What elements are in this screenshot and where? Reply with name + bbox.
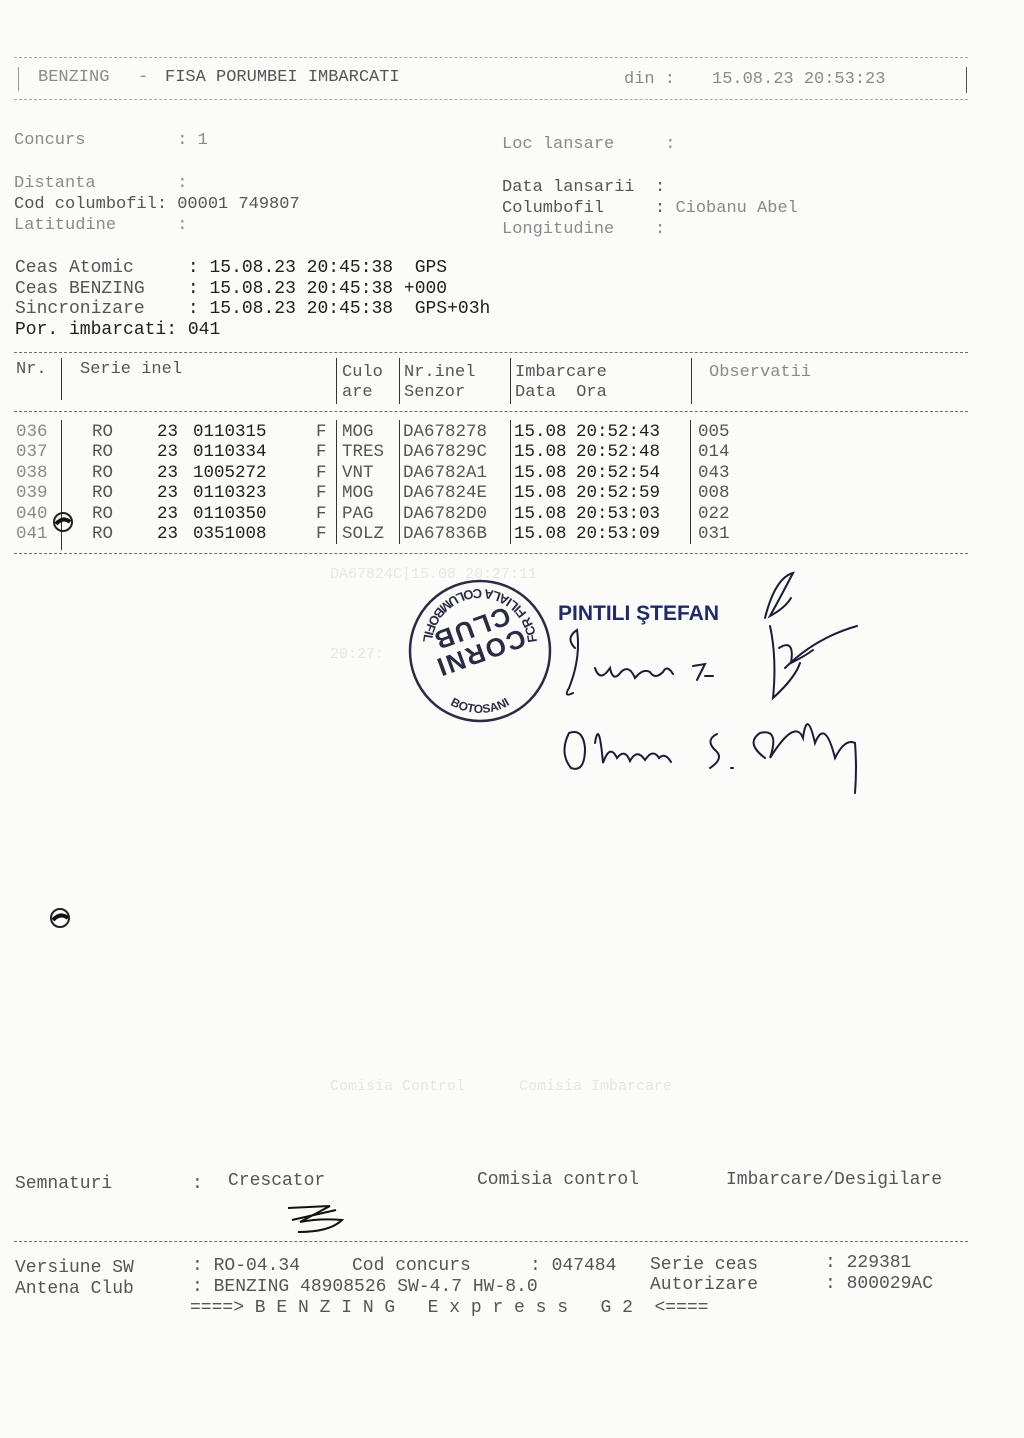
cell-culoare: MOG <box>342 483 374 503</box>
signature-comisia-label: Comisia control <box>477 1170 639 1191</box>
cell-ora: 20:52:43 <box>576 422 660 442</box>
info-cod-columbofil: Cod columbofil: 00001 749807 <box>14 195 300 216</box>
autorizare-value: : 800029AC <box>825 1274 933 1295</box>
cell-inel: 0351008 <box>193 524 267 544</box>
cell-senzor: DA6782A1 <box>403 463 487 483</box>
cell-obs: 005 <box>698 422 730 442</box>
signature-imbarcare-label: Imbarcare/Desigilare <box>726 1170 942 1191</box>
cell-tara: RO <box>92 524 113 544</box>
col-imbarcare: Imbarcare <box>515 363 607 384</box>
cell-obs: 008 <box>698 483 730 503</box>
cell-data: 15.08 <box>514 442 567 462</box>
header-right-bar <box>966 67 967 93</box>
cell-sex: F <box>316 442 327 462</box>
table-top-rule <box>14 352 968 353</box>
col-senzor: Nr.inel <box>404 363 475 384</box>
cell-senzor: DA67824E <box>403 483 487 503</box>
cell-inel: 0110350 <box>193 504 267 524</box>
document-title: FISA PORUMBEI IMBARCATI <box>165 68 400 89</box>
crescator-signature <box>280 1198 360 1238</box>
versiune-sw-value: : RO-04.34 <box>192 1256 300 1277</box>
cell-nr: 041 <box>16 524 48 544</box>
info-loc-lansare: Loc lansare : <box>502 135 686 156</box>
cell-data: 15.08 <box>514 483 567 503</box>
club-stamp: UFCR FILIALA COLUMBOFILA BOTOSANI CORNI … <box>405 576 555 726</box>
cell-sex: F <box>316 463 327 483</box>
benzing-banner: ====> B E N Z I N G E x p r e s s G 2 <=… <box>190 1298 708 1319</box>
cell-data: 15.08 <box>514 524 567 544</box>
cell-data: 15.08 <box>514 422 567 442</box>
header-separator: - <box>138 68 148 89</box>
header-date-label: din : <box>624 70 675 91</box>
signatures-sep: : <box>192 1174 203 1195</box>
col-culoare: Culo <box>342 363 383 384</box>
footer-rule <box>14 1241 968 1242</box>
cell-data: 15.08 <box>514 463 567 483</box>
signature-crescator-label: Crescator <box>228 1171 325 1192</box>
cell-an: 23 <box>157 524 178 544</box>
cell-sex: F <box>316 483 327 503</box>
cell-nr: 040 <box>16 504 48 524</box>
cell-ora: 20:52:54 <box>576 463 660 483</box>
cell-an: 23 <box>157 422 178 442</box>
info-latitudine: Latitudine : <box>14 216 198 237</box>
table-row: 039RO230110323FMOGDA67824E15.0820:52:590… <box>0 483 1024 504</box>
signatures-label: Semnaturi <box>15 1174 112 1195</box>
cell-nr: 038 <box>16 463 48 483</box>
table-row: 036RO230110315FMOGDA67827815.0820:52:430… <box>0 422 1024 443</box>
cell-ora: 20:52:48 <box>576 442 660 462</box>
clock-atomic: Ceas Atomic : 15.08.23 20:45:38 GPS <box>15 258 447 279</box>
serie-ceas-value: : 229381 <box>825 1253 911 1274</box>
info-columbofil: Columbofil : Ciobanu Abel <box>502 199 798 220</box>
cell-sex: F <box>316 504 327 524</box>
cell-an: 23 <box>157 442 178 462</box>
cell-nr: 037 <box>16 442 48 462</box>
antena-club-value: : BENZING 48908526 SW-4.7 HW-8.0 <box>192 1277 538 1298</box>
cell-senzor: DA67829C <box>403 442 487 462</box>
info-data-lansarii: Data lansarii : <box>502 178 675 199</box>
cell-nr: 036 <box>16 422 48 442</box>
staple-mark-icon <box>50 508 78 536</box>
cell-sex: F <box>316 422 327 442</box>
header-left-bar <box>18 67 19 91</box>
cell-culoare: VNT <box>342 463 374 483</box>
table-row: 038RO231005272FVNTDA6782A115.0820:52:540… <box>0 463 1024 484</box>
table-header-rule <box>14 411 968 412</box>
cell-culoare: PAG <box>342 504 374 524</box>
versiune-sw-label: Versiune SW <box>15 1258 134 1279</box>
info-concurs: Concurs : 1 <box>14 131 208 152</box>
col-observatii: Observatii <box>709 363 811 384</box>
header-top-rule <box>14 57 968 58</box>
porumbei-imbarcati: Por. imbarcati: 041 <box>15 320 220 341</box>
cell-culoare: TRES <box>342 442 384 462</box>
cell-senzor: DA6782D0 <box>403 504 487 524</box>
antena-club-label: Antena Club <box>15 1279 134 1300</box>
table-row: 041RO230351008FSOLZDA67836B15.0820:53:09… <box>0 524 1024 545</box>
autorizare-label: Autorizare <box>650 1275 758 1296</box>
cell-obs: 031 <box>698 524 730 544</box>
cell-ora: 20:52:59 <box>576 483 660 503</box>
cell-ora: 20:53:09 <box>576 524 660 544</box>
cell-inel: 0110334 <box>193 442 267 462</box>
handwritten-signatures <box>555 568 875 808</box>
cell-sex: F <box>316 524 327 544</box>
table-row: 040RO230110350FPAGDA6782D015.0820:53:030… <box>0 504 1024 525</box>
cell-tara: RO <box>92 483 113 503</box>
header-bottom-rule <box>14 99 968 100</box>
info-longitudine: Longitudine : <box>502 220 675 241</box>
header-brand: BENZING <box>38 68 109 89</box>
cell-obs: 022 <box>698 504 730 524</box>
cell-an: 23 <box>157 504 178 524</box>
cell-tara: RO <box>92 422 113 442</box>
cell-an: 23 <box>157 463 178 483</box>
cell-senzor: DA678278 <box>403 422 487 442</box>
header-date-value: 15.08.23 20:53:23 <box>712 70 885 91</box>
cell-tara: RO <box>92 504 113 524</box>
cod-concurs-label: Cod concurs <box>352 1256 471 1277</box>
cell-inel: 1005272 <box>193 463 267 483</box>
cell-tara: RO <box>92 463 113 483</box>
cell-nr: 039 <box>16 483 48 503</box>
cod-concurs-value: : 047484 <box>530 1256 616 1277</box>
serie-ceas-label: Serie ceas <box>650 1255 758 1276</box>
table-row: 037RO230110334FTRESDA67829C15.0820:52:48… <box>0 442 1024 463</box>
col-serie-inel: Serie inel <box>80 360 182 381</box>
stamp-circle-icon: UFCR FILIALA COLUMBOFILA BOTOSANI CORNI … <box>405 576 555 726</box>
col-nr: Nr. <box>16 360 47 381</box>
clock-benzing: Ceas BENZING : 15.08.23 20:45:38 +000 <box>15 279 447 300</box>
cell-obs: 043 <box>698 463 730 483</box>
cell-inel: 0110323 <box>193 483 267 503</box>
clock-sincronizare: Sincronizare : 15.08.23 20:45:38 GPS+03h <box>15 299 490 320</box>
svg-text:BOTOSANI: BOTOSANI <box>449 695 512 716</box>
cell-an: 23 <box>157 483 178 503</box>
table-bottom-rule <box>14 553 968 554</box>
cell-tara: RO <box>92 442 113 462</box>
staple-mark-icon <box>46 903 76 933</box>
cell-senzor: DA67836B <box>403 524 487 544</box>
cell-data: 15.08 <box>514 504 567 524</box>
cell-obs: 014 <box>698 442 730 462</box>
cell-culoare: SOLZ <box>342 524 384 544</box>
cell-inel: 0110315 <box>193 422 267 442</box>
cell-culoare: MOG <box>342 422 374 442</box>
info-distanta: Distanta : <box>14 174 198 195</box>
cell-ora: 20:53:03 <box>576 504 660 524</box>
